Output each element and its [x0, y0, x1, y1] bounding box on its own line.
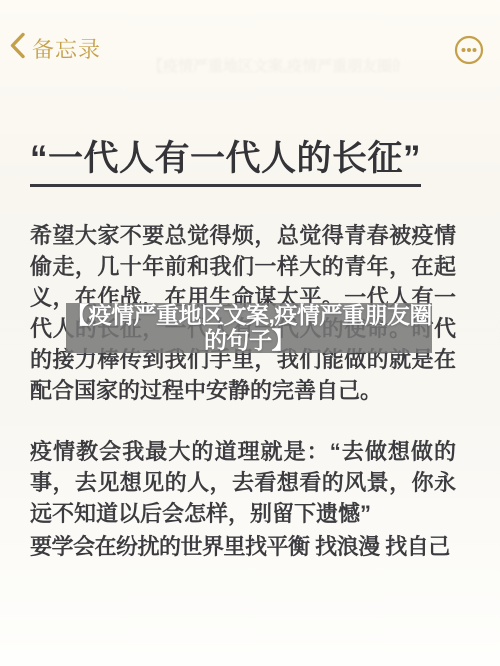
- watermark-text-line: 的句子】: [204, 328, 294, 353]
- back-button[interactable]: 备忘录: [8, 32, 101, 64]
- chevron-left-icon: [8, 32, 26, 64]
- more-button[interactable]: [454, 35, 484, 65]
- note-title: “一代人有一代人的长征”: [30, 139, 421, 187]
- watermark-overlay: 【疫情严重地区文案,疫情严重朋友圈 的句子】: [66, 303, 432, 353]
- ghost-watermark: 【疫情严重地区文案,疫情严重朋友圈的句子】: [148, 55, 400, 79]
- note-paragraph: 疫情教会我最大的道理就是：“去做想做的事，去见想见的人，去看想看的风景，你永远不…: [30, 436, 456, 529]
- watermark-text-line: 【疫情严重地区文案,疫情严重朋友圈: [66, 303, 432, 328]
- notes-app-screen: 备忘录 【疫情严重地区文案,疫情严重朋友圈的句子】 “一代人有一代人的长征” 希…: [0, 0, 500, 666]
- back-label: 备忘录: [32, 33, 101, 64]
- ellipsis-circle-icon: [454, 52, 484, 69]
- note-body: 希望大家不要总觉得烦，总觉得青春被疫情偷走，几十年前和我们一样大的青年，在起义，…: [30, 220, 456, 562]
- note-paragraph: 要学会在纷扰的世界里找平衡 找浪漫 找自己: [30, 531, 456, 562]
